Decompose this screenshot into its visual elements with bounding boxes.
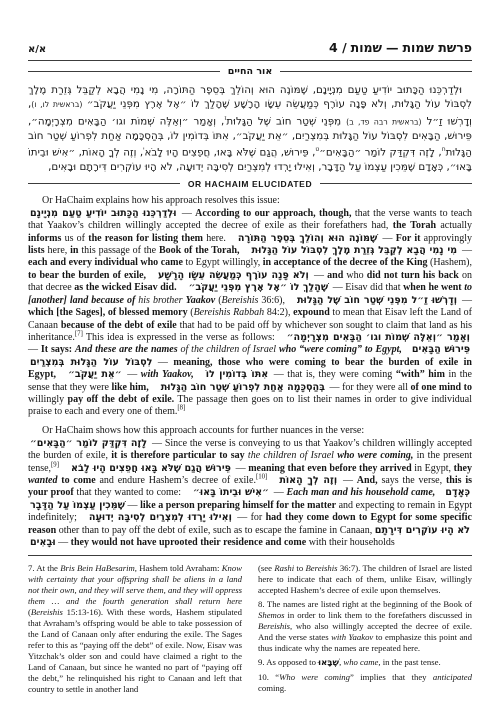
elucidated-paragraph-2: לָזֶה דִּקְדַּק לוֹמַר ״הַבָּאִים״ — Sin…: [28, 438, 472, 550]
title-dash: —: [386, 40, 399, 55]
footnotes-right-column: (see Rashi to Bereishis 36:7). The child…: [258, 563, 472, 698]
hebrew-section-divider: אור החיים: [28, 66, 472, 77]
book-page: א/א 4 / שמות — פרשת שמות אור החיים וּלְד…: [0, 0, 500, 714]
verse-marker: א/א: [28, 44, 46, 55]
elucidated-intro-2: Or HaChaim shows how this approach accou…: [28, 424, 472, 437]
elucidated-divider: OR HACHAIM ELUCIDATED: [28, 179, 472, 189]
page-header: א/א 4 / שמות — פרשת שמות: [28, 40, 472, 58]
elucidated-label: OR HACHAIM ELUCIDATED: [188, 179, 312, 189]
running-title: 4 / שמות — פרשת שמות: [329, 40, 472, 55]
elucidated-intro-1: Or HaChaim explains how his approach res…: [28, 194, 472, 207]
divider-line: [28, 183, 180, 184]
header-rule: [28, 60, 472, 61]
divider-line: [280, 71, 472, 72]
book-title: שמות: [351, 40, 382, 55]
hebrew-commentary-text: וּלְדַרְכֵּנוּ הַכָּתוּב יוֹדִיעַ טַעַם …: [28, 83, 472, 174]
footnote-7: 7. At the Bris Bein HaBesarim, Hashem to…: [28, 563, 242, 695]
page-number: 4 /: [329, 40, 347, 55]
footnotes-rule: [28, 555, 472, 556]
footnote-8: 8. The names are listed right at the beg…: [258, 599, 472, 654]
divider-line: [28, 71, 220, 72]
parshah-title: פרשת שמות: [403, 40, 472, 55]
footnote-7-continued: (see Rashi to Bereishis 36:7). The child…: [258, 563, 472, 596]
hebrew-section-label: אור החיים: [228, 66, 272, 77]
footnotes: 7. At the Bris Bein HaBesarim, Hashem to…: [28, 563, 472, 698]
footnote-9: 9. As opposed to שֶׁבָּאוּ, who came, in…: [258, 657, 472, 669]
divider-line: [320, 183, 472, 184]
elucidated-paragraph-1: וּלְדַרְכֵּנוּ הַכָּתוּב יוֹדִיעַ טַעַם …: [28, 208, 472, 419]
footnotes-left-column: 7. At the Bris Bein HaBesarim, Hashem to…: [28, 563, 242, 698]
footnote-10: 10. “Who were coming” implies that they …: [258, 672, 472, 694]
